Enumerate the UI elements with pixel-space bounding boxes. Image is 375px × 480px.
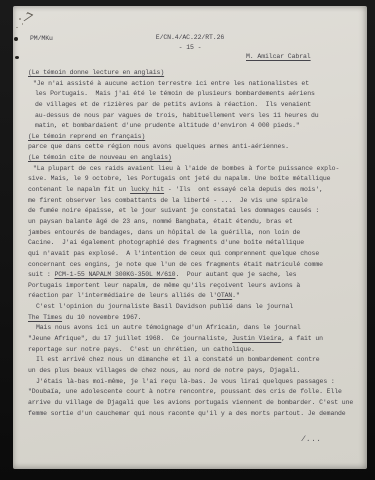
document-line: "Doubaïa, une adolescente court à notre … xyxy=(28,387,364,398)
speaker-name: M. Amilcar Cabral xyxy=(246,53,311,60)
document-line: un paysan balante âgé de 23 ans, nommé B… xyxy=(28,217,364,228)
document-line: de fumée noire épaisse, et le jour suiva… xyxy=(28,206,364,217)
document-line: Mais nous avons ici un autre témoignage … xyxy=(28,323,364,334)
document-line: réaction par l'intermédiaire de leurs al… xyxy=(28,291,364,302)
document-line: sive. Mais, le 9 octobre, les Portugais … xyxy=(28,174,364,185)
document-line: The Times du 10 novembre 1967. xyxy=(28,313,364,324)
document-line: "Je n'ai assisté à aucune action terrest… xyxy=(28,79,364,90)
document-line: Portugais importent leur napalm, de même… xyxy=(28,281,364,292)
document-line: femme sortie d'un cauchemar qui nous rac… xyxy=(28,409,364,420)
paper-speck xyxy=(19,18,21,20)
paper-speck xyxy=(16,27,18,28)
document-line: (Le témoin donne lecture en anglais) xyxy=(28,68,364,79)
document-line: (Le témoin reprend en français) xyxy=(28,132,364,143)
document-line: reportage sur notre pays. C'est un chrét… xyxy=(28,345,364,356)
document-line: jambes entourés de bandages, dans un hôp… xyxy=(28,228,364,239)
document-line: qui n'avait pas explosé. A l'intention d… xyxy=(28,249,364,260)
continuation-mark: /... xyxy=(301,436,322,444)
document-line: arrive du village de Djagali que les avi… xyxy=(28,398,364,409)
document-line: concernant ces engins, je note que l'un … xyxy=(28,260,364,271)
document-line: un des plus beaux villages de chez nous,… xyxy=(28,366,364,377)
document-line: Cacine. J'ai également photographié des … xyxy=(28,238,364,249)
document-line: J'étais là-bas moi-même, je l'ai reçu là… xyxy=(28,377,364,388)
punch-dot xyxy=(15,56,19,59)
document-line: suit : PCM-1-55 NAPALM 300KG-350L M/610.… xyxy=(28,270,364,281)
document-line: parce que dans cette région nous avons q… xyxy=(28,142,364,153)
document-line: (Le témoin cite de nouveau en anglais) xyxy=(28,153,364,164)
document-line: matin, et bombardaient d'une prudente al… xyxy=(28,121,364,132)
document-line: de villages et de rizières par de petits… xyxy=(28,100,364,111)
page-number: - 15 - xyxy=(13,43,367,53)
document-line: "Jeune Afrique", du 17 juillet 1968. Ce … xyxy=(28,334,364,345)
document-line: me firent observer les combattants de la… xyxy=(28,196,364,207)
document-line: contenant le napalm fit un lucky hit - '… xyxy=(28,185,364,196)
document-page: 7 PM/MKu E/CN.4/AC.22/RT.26 - 15 - M. Am… xyxy=(13,6,367,469)
document-line: les Portugais. Mais j'ai été le témoin d… xyxy=(28,89,364,100)
paper-speck xyxy=(22,23,23,25)
document-line: "La plupart de ces raids avaient lieu à … xyxy=(28,164,364,175)
document-body-text: (Le témoin donne lecture en anglais)"Je … xyxy=(28,68,364,419)
document-header: E/CN.4/AC.22/RT.26 - 15 - xyxy=(13,33,367,52)
photo-background: 7 PM/MKu E/CN.4/AC.22/RT.26 - 15 - M. Am… xyxy=(0,0,375,480)
document-line: Il est arrivé chez nous un dimanche et i… xyxy=(28,355,364,366)
document-symbol: E/CN.4/AC.22/RT.26 xyxy=(13,33,367,43)
document-line: C'est l'opinion du journaliste Basil Dav… xyxy=(28,302,364,313)
document-line: au-dessus de nous par vagues de trois, h… xyxy=(28,111,364,122)
